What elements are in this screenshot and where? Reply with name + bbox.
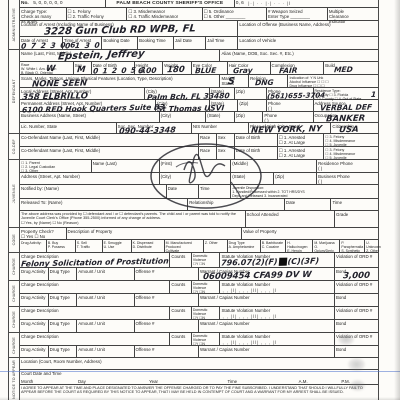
notified-by-cell: Notified by: (Name) bbox=[20, 185, 167, 198]
sidebar-section-juvenile: JUVENILE bbox=[9, 160, 19, 228]
guardian-middle-name-cell: (Middle) bbox=[231, 160, 317, 172]
ord-cell: Violation of ORD # bbox=[335, 307, 378, 319]
sidebar-label: CHARGE bbox=[12, 337, 16, 354]
guardian-residence-phone-cell: Residence Phone ( ) bbox=[317, 160, 378, 172]
location-arrest-value: 3228 Gun Club RD WPB, FL bbox=[44, 24, 197, 37]
offense-number-cell: Offense # bbox=[135, 294, 199, 306]
guardian-first-name-cell: (First) bbox=[160, 160, 232, 172]
domestic-violence-cell: Domestic Violence ☐Y ☐N bbox=[192, 253, 221, 267]
defendant-name-value: Epstein, Jeffrey bbox=[57, 49, 145, 62]
residence-type-cell: Residence Type: ☐ 1. City ☐ 3. Florida ☐… bbox=[314, 88, 378, 99]
charge1-warrant-cell: Warrant / Capias Number 06009454 CFA99 D… bbox=[199, 268, 335, 280]
drug-type-col: P. Paraphernalia S. Synthetic bbox=[340, 240, 365, 252]
bond-cell: Bond bbox=[335, 320, 378, 332]
property-row: Property Check? ☐ Yes ☐ No Description o… bbox=[20, 228, 378, 240]
warrant-cell: Warrant / Capias Number bbox=[199, 294, 335, 306]
charge1-statute-prefix: 796.07(2)(F) bbox=[221, 257, 278, 267]
obts-digits: 0, 6 bbox=[236, 1, 244, 7]
juvenile-notified-row: Notified by: (Name) Date Time Juvenile D… bbox=[20, 185, 378, 199]
amount-unit-cell: Amount / Unit bbox=[77, 268, 134, 280]
permanent-state-cell: (State) bbox=[210, 100, 239, 111]
charge3-detail-row: Drug Activity Drug Type Amount / Unit Of… bbox=[20, 320, 378, 333]
drug-activity-col: E. Smuggle U. Use bbox=[103, 240, 132, 252]
statute-label: Statute Violation Number bbox=[221, 308, 333, 313]
juvenile-released-row: Released To: (Name) Relationship Date Ti… bbox=[20, 199, 378, 211]
notified-time-cell: Time bbox=[199, 185, 231, 198]
guardian-city-cell: (City) bbox=[160, 173, 232, 184]
charge-drug-type-cell: Drug Type bbox=[49, 268, 78, 280]
form-number-digits: 5, 0, 0, 0, 0, 0 bbox=[33, 1, 62, 7]
guardian-address-cell: Address (Street, Apt. Number) bbox=[20, 173, 160, 184]
height-cell: Height 6.00 bbox=[135, 62, 164, 74]
nis-number-cell: NIS Number bbox=[192, 123, 249, 133]
defendant-name-cell: Name (Last, First, Middle) Epstein, Jeff… bbox=[20, 50, 220, 61]
business-address-row: Business Address (Name, Street) (City) (… bbox=[20, 112, 378, 123]
charge3-statute-cell: Statute Violation Number , , |l| , , , |… bbox=[220, 307, 335, 319]
warrant-cell: Warrant / Capias Number bbox=[199, 346, 335, 357]
influence-indication-cell: Indication of: Y N Unk Alcohol Influence… bbox=[288, 75, 378, 87]
charge-drug-type-cell: Drug Type bbox=[49, 346, 78, 357]
guardian-relation-cell: ☐ 1. Parent ☐ 2. Legal Custodian ☐ 3. Ot… bbox=[20, 160, 92, 172]
released-date-cell: Date bbox=[285, 199, 332, 210]
juvenile-disposition-cell: Juvenile Disposition: 1. Handled/Process… bbox=[231, 185, 378, 198]
charge1-description-value: Felony Solicitation of Prostitution bbox=[21, 257, 169, 268]
amount-unit-cell: Amount / Unit bbox=[77, 320, 134, 332]
sex-cell: Sex M bbox=[74, 62, 92, 74]
form-body: No. 5, 0, 0, 0, 0, 0 PALM BEACH COUNTY S… bbox=[20, 0, 379, 400]
business-city-cell: (City) bbox=[160, 112, 207, 122]
codefendant-race-cell: Race bbox=[199, 147, 217, 159]
sidebar-section-defendant: DEFENDANT bbox=[9, 50, 19, 134]
drug-activity-col: K. Dispensed D. Distribute bbox=[132, 240, 165, 252]
local-zip-cell: (Zip) bbox=[235, 88, 267, 99]
dob-cell: Date of Birth 0 1 2 0 5 3 bbox=[92, 62, 135, 74]
codefendant-dob-cell: Date of Birth bbox=[235, 147, 278, 159]
eye-color-cell: Eye Color BLUE bbox=[192, 62, 228, 74]
permanent-zip-cell: (Zip) bbox=[238, 100, 267, 111]
office-name: PALM BEACH COUNTY SHERIFF'S OFFICE bbox=[116, 1, 223, 7]
hair-color-cell: Hair Color Gray bbox=[228, 62, 271, 74]
charge-type-row: Charge Type: Check as many as apply. ☐ 1… bbox=[20, 8, 378, 21]
location-arrest-row: Location of Arrest (Including Name of Bu… bbox=[20, 21, 378, 37]
charge-drug-activity-cell: Drug Activity bbox=[20, 294, 49, 306]
arrest-datetime-row: Date of Arrest 0 7 2 3 0 6 Time of Arres… bbox=[20, 37, 378, 50]
notified-date-cell: Date bbox=[167, 185, 199, 198]
ssn-cell: Soc. Sec. Number 090-44-3348 bbox=[117, 123, 192, 133]
booking-date-cell: Booking Date bbox=[102, 37, 138, 49]
ord-cell: Violation of ORD # bbox=[335, 253, 378, 267]
sex-value: M bbox=[76, 66, 85, 75]
drug-type-col: M. Marijuana O. Opium/Deriv. bbox=[313, 240, 340, 252]
guardian-last-name-cell: Name (Last) bbox=[92, 160, 160, 172]
grade-cell: Grade bbox=[335, 211, 378, 227]
name-row: Name (Last, First, Middle) Epstein, Jeff… bbox=[20, 50, 378, 62]
location-vehicle-cell: Location of Vehicle bbox=[238, 37, 378, 49]
scan-smudge bbox=[348, 358, 365, 371]
date-arrest-cell: Date of Arrest 0 7 2 3 0 6 bbox=[20, 37, 63, 49]
counts-cell: Counts bbox=[170, 281, 191, 293]
residence-type-value: 1 bbox=[370, 91, 376, 99]
released-time-cell: Time bbox=[331, 199, 378, 210]
race-value: W bbox=[46, 65, 56, 74]
amount-unit-cell: Amount / Unit bbox=[77, 346, 134, 357]
obts-tick-marks: |·| · · |·| · · · |l bbox=[248, 1, 291, 6]
charge1-description-cell: Charge Description Felony Solicitation o… bbox=[20, 253, 170, 267]
charge2-statute-cell: Statute Violation Number , , |l| , , , |… bbox=[220, 281, 335, 293]
statute-label: Statute Violation Number bbox=[221, 334, 333, 339]
court-datetime-row: Court Date and Time Month Day Year Time … bbox=[20, 370, 378, 385]
charge-type-misdemeanor-options: ☐ 3. Misdemeanor ☐ 4. Traffic Misdemeano… bbox=[127, 8, 202, 20]
court-datetime-label: Court Date and Time bbox=[21, 371, 377, 376]
drug-type-col: U. Unknown Z. Other bbox=[365, 240, 382, 252]
am-label: A.M. bbox=[299, 379, 342, 384]
multiple-clearance-cell: Multiple Clearance Indicator bbox=[328, 8, 378, 20]
charge4-detail-row: Drug Activity Drug Type Amount / Unit Of… bbox=[20, 346, 378, 358]
ord-cell: Violation of ORD # bbox=[335, 281, 378, 293]
drug-activity-key: Drug Activity: B. Buy P. Possess S. Sell… bbox=[20, 240, 228, 252]
weapon-seized-cell: # Weapon Seized Enter Type ________ bbox=[267, 8, 328, 20]
statute-label: Statute Violation Number bbox=[221, 282, 333, 287]
offense-number-cell: Offense # bbox=[135, 268, 199, 280]
charge1-statute-cell: Statute Violation Number 796.07(2)(F)(C)… bbox=[220, 253, 335, 267]
business-state-cell: (State) bbox=[206, 112, 235, 122]
place-of-birth-cell: Place of Birth (City, State) NEW YORK, N… bbox=[249, 123, 331, 133]
offense-number-cell: Offense # bbox=[135, 346, 199, 357]
statute-tick-marks: , , |l| , , , |ll| , , , |l bbox=[222, 314, 277, 319]
religion-cell: Religion DNG bbox=[249, 75, 288, 87]
codefendant-race-cell: Race bbox=[199, 134, 217, 146]
jail-time-cell: Jail Time bbox=[206, 37, 238, 49]
counts-cell: Counts bbox=[170, 333, 191, 345]
charge1-statute-suffix: (C)(3F) bbox=[288, 256, 320, 266]
sidebar-label: CODE bbox=[12, 234, 16, 245]
time-arrest-cell: Time of Arrest 0 1 3 0 bbox=[63, 37, 102, 49]
residence-type-label: Residence Type: ☐ 1. City ☐ 3. Florida ☐… bbox=[315, 89, 377, 101]
property-check-cell: Property Check? ☐ Yes ☐ No bbox=[20, 228, 67, 239]
section-sidebar: ADMINISTRATIVE DEFENDANT CO-DEF JUVENILE… bbox=[8, 0, 20, 400]
charge-drug-activity-cell: Drug Activity bbox=[20, 320, 49, 332]
sidebar-label: CHARGE bbox=[12, 285, 16, 302]
codefendant-row-1: Co-Defendant Name (Last, First, Middle) … bbox=[20, 134, 378, 147]
charge-type-felony-options: ☐ 1. Felony ☐ 2. Traffic Felony bbox=[67, 8, 128, 20]
citizenship-cell: Citizenship USA bbox=[331, 123, 378, 133]
warrant-cell: Warrant / Capias Number bbox=[199, 320, 335, 332]
drug-type-key-label: Drug Type A. Amphetamine bbox=[228, 240, 261, 252]
charge-drug-type-cell: Drug Type bbox=[49, 294, 78, 306]
juvenile-note-row: The above address was provided by ☐ defe… bbox=[20, 211, 378, 228]
charge2-description-row: Charge Description Counts Domestic Viole… bbox=[20, 281, 378, 294]
counts-cell: Counts bbox=[170, 253, 191, 267]
relationship-cell: Relationship bbox=[188, 199, 285, 210]
office-name-cell: PALM BEACH COUNTY SHERIFF'S OFFICE bbox=[106, 0, 235, 7]
sidebar-section-notice: NOTICE TO APPEAR bbox=[9, 358, 19, 400]
year-label: Year bbox=[149, 379, 227, 384]
alias-cell: Alias (Name, DOB, Soc. Sec. #, Etc.) bbox=[220, 50, 378, 61]
local-state-cell: (State) bbox=[210, 88, 235, 99]
form-number-label: No. bbox=[21, 1, 29, 7]
domestic-violence-cell: Domestic Violence ☐Y ☐N bbox=[192, 307, 221, 319]
header-row: No. 5, 0, 0, 0, 0, 0 PALM BEACH COUNTY S… bbox=[20, 0, 378, 8]
redaction-box bbox=[279, 258, 288, 266]
local-city-cell: (City) Palm Bch, FL 33480 bbox=[145, 88, 209, 99]
permanent-city-cell: (City) St Thomas USVI bbox=[156, 100, 210, 111]
charge-drug-activity-cell: Drug Activity bbox=[20, 268, 49, 280]
permanent-address-cell: Permanent Address (Street, Apt. Number) … bbox=[20, 100, 156, 111]
marital-status-value: S bbox=[228, 77, 236, 87]
bond-cell: Bond bbox=[335, 346, 378, 357]
drug-type-col: B. Barbiturate C. Cocaine bbox=[261, 240, 287, 252]
sidebar-section-charge2: CHARGE bbox=[9, 281, 19, 307]
juvenile-guardian-row: ☐ 1. Parent ☐ 2. Legal Custodian ☐ 3. Ot… bbox=[20, 160, 378, 173]
charge-drug-type-cell: Drug Type bbox=[49, 320, 78, 332]
jail-date-cell: Jail Date bbox=[174, 37, 206, 49]
build-value: MED bbox=[334, 66, 353, 74]
sidebar-section-codef: CO-DEF bbox=[9, 134, 19, 160]
sidebar-section-administrative: ADMINISTRATIVE bbox=[9, 0, 19, 50]
scars-row: Scars, Marks, Tattoos, Unique Physical F… bbox=[20, 75, 378, 88]
codefendant-name-cell: Co-Defendant Name (Last, First, Middle) bbox=[20, 134, 199, 146]
scan-smudge bbox=[350, 380, 365, 391]
booking-time-cell: Booking Time bbox=[138, 37, 174, 49]
complexion-cell: Complexion FAIR bbox=[271, 62, 325, 74]
month-label: Month bbox=[21, 379, 78, 384]
statute-tick-marks: , , |l| , , , |ll| , , , |l bbox=[222, 288, 277, 293]
offense-number-cell: Offense # bbox=[135, 320, 199, 332]
obts-cell: 0, 6 |·| · · |·| · · · |l bbox=[235, 0, 378, 7]
domestic-violence-cell: Domestic Violence ☐Y ☐N bbox=[192, 333, 221, 345]
sidebar-label: ADMINISTRATIVE bbox=[12, 8, 16, 41]
sidebar-label: CHARGE bbox=[12, 311, 16, 328]
codefendant-sex-cell: Sex bbox=[217, 134, 235, 146]
sidebar-section-charge3: CHARGE bbox=[9, 307, 19, 333]
statute-tick-marks: , , |l| , , , |ll| , , , |l bbox=[222, 340, 277, 345]
codefendant-status-cell: ☐ 1. Arrested ☐ 2. At Large bbox=[278, 134, 325, 146]
codefendant-status-cell: ☐ 1. Arrested ☐ 2. At Large bbox=[278, 147, 325, 159]
address-source-cell: Address Source VERBAL DEF bbox=[314, 100, 378, 111]
time-label: Time bbox=[227, 379, 298, 384]
sidebar-label: JUVENILE bbox=[12, 184, 16, 203]
complexion-value: FAIR bbox=[278, 67, 297, 75]
charge-description-cell: Charge Description bbox=[20, 333, 170, 345]
physical-description-row: Race W. White I. Am. Indian B. Black O. … bbox=[20, 62, 378, 75]
codefendant-row-2: Co-Defendant Name (Last, First, Middle) … bbox=[20, 147, 378, 160]
drug-code-key-row: Drug Activity: B. Buy P. Possess S. Sell… bbox=[20, 240, 378, 253]
drug-activity-col: B. Buy P. Possess bbox=[47, 240, 76, 252]
license-cell: Lic. Number, State bbox=[20, 123, 117, 133]
drug-activity-col: S. Sell T. Traffic bbox=[76, 240, 103, 252]
race-cell: Race W. White I. Am. Indian B. Black O. … bbox=[20, 62, 74, 74]
business-zip-cell: (Zip) bbox=[235, 112, 264, 122]
codefendant-level-cell: ☐ 3. Felony ☐ 4. Misdemeanor ☐ 5. Juveni… bbox=[324, 147, 378, 159]
occupation-cell: Occupation BANKER bbox=[314, 112, 378, 122]
school-attended-cell: School Attended bbox=[246, 211, 336, 227]
local-phone-cell: Phone ( ) (561)655-3704 bbox=[267, 88, 314, 99]
court-location-cell: Location (Court, Room Number, Address) bbox=[20, 358, 378, 369]
religion-value: DNG bbox=[255, 79, 274, 87]
drug-activity-col: Z. Other bbox=[204, 240, 227, 252]
juvenile-address-row: Address (Street, Apt. Number) (City) (St… bbox=[20, 173, 378, 185]
charge1-detail-row: Drug Activity Drug Type Amount / Unit Of… bbox=[20, 268, 378, 281]
codefendant-sex-cell: Sex bbox=[217, 147, 235, 159]
sidebar-section-charge1: CHARGE bbox=[9, 253, 19, 281]
bond-cell: Bond bbox=[335, 294, 378, 306]
scan-smudge bbox=[338, 334, 354, 345]
juvenile-address-note: The above address was provided by ☐ defe… bbox=[20, 211, 246, 227]
scars-cell: Scars, Marks, Tattoos, Unique Physical F… bbox=[20, 75, 220, 87]
drug-activity-col: M. Manufactured Produced Cultivate bbox=[165, 240, 204, 252]
court-location-row: Location (Court, Room Number, Address) bbox=[20, 358, 378, 370]
charge2-detail-row: Drug Activity Drug Type Amount / Unit Of… bbox=[20, 294, 378, 307]
permanent-address-row: Permanent Address (Street, Apt. Number) … bbox=[20, 100, 378, 112]
address-source-value: VERBAL DEF bbox=[319, 103, 372, 112]
charge4-statute-cell: Statute Violation Number , , |l| , , , |… bbox=[220, 333, 335, 345]
sidebar-label: NOTICE TO APPEAR bbox=[12, 360, 16, 399]
charge-type-other-options: ☐ 5. Ordinance ☐ 6. Other ________ bbox=[203, 8, 267, 20]
charge1-bond-cell: Bond 3,000 bbox=[335, 268, 378, 280]
amount-unit-cell: Amount / Unit bbox=[77, 294, 134, 306]
weight-value: 180 bbox=[167, 66, 185, 75]
guardian-business-phone-cell: Business Phone ( ) bbox=[317, 173, 378, 184]
counts-cell: Counts bbox=[170, 307, 191, 319]
local-address-cell: Local Address (Street, Apt. Number) 358 … bbox=[20, 88, 145, 99]
scan-edge-right bbox=[394, 0, 400, 400]
court-datetime-cell: Court Date and Time Month Day Year Time … bbox=[20, 370, 378, 384]
day-label: Day bbox=[78, 379, 149, 384]
charge-description-cell: Charge Description bbox=[20, 281, 170, 293]
form-number-cell: No. 5, 0, 0, 0, 0, 0 bbox=[20, 0, 106, 7]
location-offense-cell: Location of Offense (Business Name, Addr… bbox=[238, 21, 378, 36]
released-to-cell: Released To: (Name) bbox=[20, 199, 188, 210]
weight-cell: Weight 180 bbox=[163, 62, 192, 74]
charge-type-label: Charge Type: Check as many as apply. bbox=[20, 8, 67, 20]
charge4-description-row: Charge Description Counts Domestic Viole… bbox=[20, 333, 378, 346]
charge3-description-row: Charge Description Counts Domestic Viole… bbox=[20, 307, 378, 320]
marital-status-cell: Marital Status S bbox=[220, 75, 249, 87]
sidebar-label: DEFENDANT bbox=[12, 79, 16, 103]
charge-description-cell: Charge Description bbox=[20, 307, 170, 319]
charge-drug-activity-cell: Drug Activity bbox=[20, 346, 49, 357]
height-value: 6.00 bbox=[137, 67, 156, 75]
drug-activity-key-label: Drug Activity: bbox=[20, 240, 47, 252]
guardian-zip-cell: (Zip) bbox=[274, 173, 317, 184]
sidebar-section-charge4: CHARGE bbox=[9, 333, 19, 358]
arrest-form-sheet: ADMINISTRATIVE DEFENDANT CO-DEF JUVENILE… bbox=[8, 0, 379, 400]
business-address-cell: Business Address (Name, Street) bbox=[20, 112, 160, 122]
local-address-row: Local Address (Street, Apt. Number) 358 … bbox=[20, 88, 378, 100]
build-cell: Build MED bbox=[324, 62, 378, 74]
business-phone-cell: Phone ( ) bbox=[263, 112, 313, 122]
sidebar-label: CO-DEF bbox=[12, 139, 16, 154]
guardian-state-cell: (State) bbox=[231, 173, 274, 184]
eye-color-value: BLUE bbox=[194, 67, 216, 75]
property-description-cell: Description of Property bbox=[67, 228, 242, 239]
sidebar-section-code: CODE bbox=[9, 228, 19, 253]
identifiers-row: Lic. Number, State Soc. Sec. Number 090-… bbox=[20, 123, 378, 134]
charge1-bond-value: 3,000 bbox=[343, 272, 371, 281]
property-value-cell: Value of Property bbox=[242, 228, 378, 239]
codefendant-name-cell: Co-Defendant Name (Last, First, Middle) bbox=[20, 147, 199, 159]
drug-type-key: Drug Type A. Amphetamine B. Barbiturate … bbox=[228, 240, 378, 252]
sidebar-label: CHARGE bbox=[12, 258, 16, 275]
time-arrest-value: 0 1 3 0 bbox=[65, 42, 101, 50]
charge1-description-row: Charge Description Felony Solicitation o… bbox=[20, 253, 378, 268]
codefendant-level-cell: ☐ 3. Felony ☐ 4. Misdemeanor ☐ 5. Juveni… bbox=[324, 134, 378, 146]
domestic-violence-cell: Domestic Violence ☐Y ☐N bbox=[192, 281, 221, 293]
permanent-phone-cell: Phone ( ) bbox=[267, 100, 314, 111]
drug-type-col: H. Hallucinogen E. Heroin bbox=[286, 240, 313, 252]
location-arrest-cell: Location of Arrest (Including Name of Bu… bbox=[20, 21, 238, 36]
codefendant-dob-cell: Date of Birth bbox=[235, 134, 278, 146]
hair-color-value: Gray bbox=[232, 67, 252, 75]
